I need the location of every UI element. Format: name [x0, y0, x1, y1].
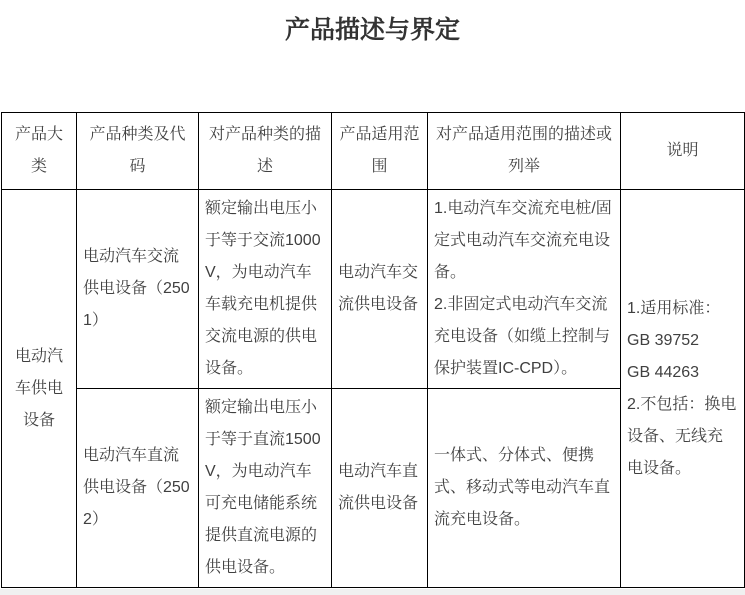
- header-row: 产品大类 产品种类及代码 对产品种类的描述 产品适用范围 对产品适用范围的描述或…: [2, 113, 745, 190]
- header-type-description: 对产品种类的描述: [199, 113, 332, 190]
- header-applicable-scope: 产品适用范围: [332, 113, 428, 190]
- product-definition-table: 产品大类 产品种类及代码 对产品种类的描述 产品适用范围 对产品适用范围的描述或…: [1, 112, 745, 588]
- scope-description-item: 一体式、分体式、便携式、移动式等电动汽车直流充电设备。: [434, 440, 614, 536]
- notes-line: 2.不包括：换电设备、无线充电设备。: [627, 389, 738, 485]
- table-row-ac-equipment: 电动汽车供电设备 电动汽车交流供电设备（2501） 额定输出电压小于等于交流10…: [2, 190, 745, 389]
- notes-line: GB 44263: [627, 357, 738, 389]
- scope-description-item: 2.非固定式电动汽车交流充电设备（如缆上控制与保护装置IC-CPD）。: [434, 289, 614, 385]
- type-description-cell: 额定输出电压小于等于直流1500V，为电动汽车可充电储能系统提供直流电源的供电设…: [199, 389, 332, 588]
- type-and-code-cell: 电动汽车直流供电设备（2502）: [77, 389, 199, 588]
- type-description-cell: 额定输出电压小于等于交流1000V，为电动汽车车载充电机提供交流电源的供电设备。: [199, 190, 332, 389]
- applicable-scope-cell: 电动汽车交流供电设备: [332, 190, 428, 389]
- notes-cell: 1.适用标准： GB 39752 GB 44263 2.不包括：换电设备、无线充…: [621, 190, 745, 588]
- page-title: 产品描述与界定: [0, 0, 745, 48]
- applicable-scope-cell: 电动汽车直流供电设备: [332, 389, 428, 588]
- header-scope-description: 对产品适用范围的描述或列举: [428, 113, 621, 190]
- header-notes: 说明: [621, 113, 745, 190]
- type-and-code-cell: 电动汽车交流供电设备（2501）: [77, 190, 199, 389]
- notes-line: GB 39752: [627, 325, 738, 357]
- product-category-cell: 电动汽车供电设备: [2, 190, 77, 588]
- scope-description-item: 1.电动汽车交流充电桩/固定式电动汽车交流充电设备。: [434, 193, 614, 289]
- page: 产品描述与界定 产品大类 产品种类及代码 对产品种类的描述 产品适用范围 对产品…: [0, 0, 745, 595]
- header-product-category: 产品大类: [2, 113, 77, 190]
- scope-description-cell: 一体式、分体式、便携式、移动式等电动汽车直流充电设备。: [428, 389, 621, 588]
- scope-description-cell: 1.电动汽车交流充电桩/固定式电动汽车交流充电设备。 2.非固定式电动汽车交流充…: [428, 190, 621, 389]
- page-bottom-strip: [0, 589, 745, 595]
- header-type-and-code: 产品种类及代码: [77, 113, 199, 190]
- notes-line: 1.适用标准：: [627, 293, 738, 325]
